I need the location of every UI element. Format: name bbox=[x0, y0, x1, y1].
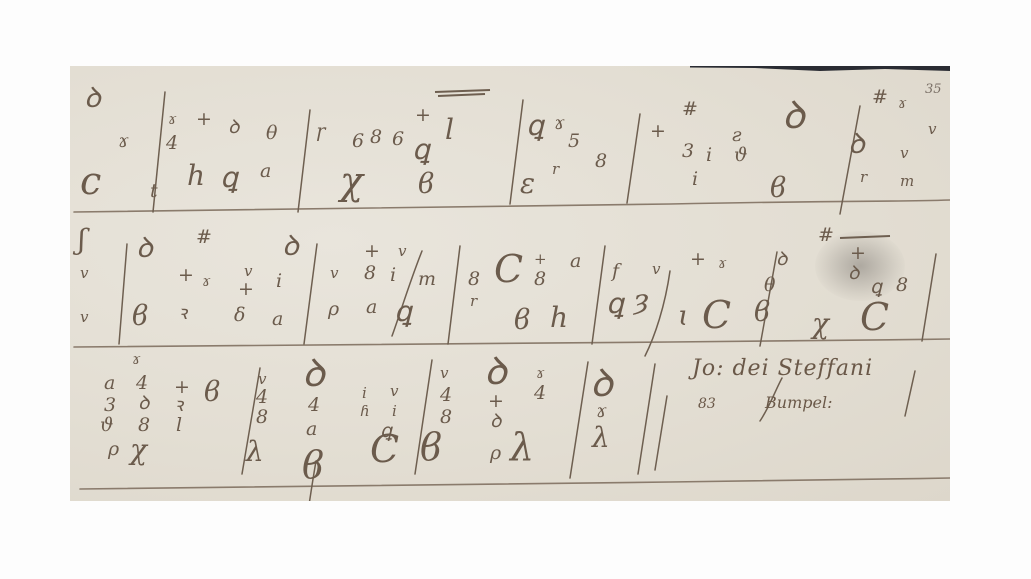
tab-glyph: ꝗ bbox=[606, 290, 624, 318]
tab-glyph: θ bbox=[764, 276, 775, 295]
tab-glyph: + bbox=[238, 280, 254, 299]
tab-glyph: ƨ bbox=[732, 126, 742, 145]
tab-glyph: C bbox=[494, 250, 523, 288]
tab-glyph: ʃ bbox=[78, 226, 86, 254]
tab-glyph: t bbox=[150, 182, 158, 201]
tab-glyph: ϐ bbox=[514, 306, 530, 334]
tab-glyph: 4 bbox=[308, 396, 320, 415]
tab-glyph: 8 bbox=[595, 152, 607, 171]
annotation-title: Bumpel: bbox=[765, 393, 832, 412]
tab-glyph: 8 bbox=[896, 276, 908, 295]
tab-glyph: v bbox=[330, 266, 338, 281]
tab-glyph: ϐ bbox=[132, 302, 148, 330]
tab-glyph: m bbox=[418, 270, 436, 289]
tab-glyph: + bbox=[488, 392, 504, 411]
tab-glyph: r bbox=[860, 170, 867, 185]
tab-glyph: v bbox=[80, 310, 88, 325]
tab-glyph: ꝗ bbox=[412, 136, 430, 164]
tab-glyph: ꝛ bbox=[174, 396, 183, 415]
tab-glyph: ꝺ bbox=[590, 364, 613, 402]
tab-glyph: l bbox=[176, 416, 182, 435]
tab-glyph: ꝗ bbox=[526, 112, 544, 140]
tab-glyph: ꝺ bbox=[848, 264, 859, 283]
tab-glyph: ɤ bbox=[132, 352, 140, 367]
tab-glyph: ϑ bbox=[734, 146, 748, 165]
tab-glyph: 8 bbox=[256, 408, 268, 427]
tab-glyph: h bbox=[550, 304, 568, 332]
tab-glyph: ꝺ bbox=[490, 412, 501, 431]
tab-glyph: ꝛ bbox=[178, 304, 187, 323]
tab-glyph: v bbox=[244, 264, 252, 279]
tab-glyph: a bbox=[272, 310, 283, 329]
tab-glyph: ɤ bbox=[554, 114, 565, 133]
tab-glyph: i bbox=[392, 404, 397, 419]
tab-glyph: a bbox=[306, 420, 317, 439]
tab-glyph: 5 bbox=[568, 132, 580, 151]
tab-glyph: λ bbox=[246, 438, 264, 466]
tab-glyph: 6 bbox=[352, 132, 364, 151]
tab-glyph: v bbox=[258, 372, 266, 387]
tab-glyph: ϑ bbox=[100, 416, 114, 435]
tab-glyph: δ bbox=[234, 306, 245, 325]
tab-glyph: ꝗ bbox=[394, 298, 412, 326]
tab-glyph: ꝺ bbox=[136, 234, 153, 262]
tab-glyph: ɤ bbox=[118, 132, 129, 151]
tab-glyph: 6 bbox=[392, 130, 404, 149]
tab-glyph: 3 bbox=[682, 142, 694, 161]
tab-glyph: 4 bbox=[440, 386, 452, 405]
tab-glyph: ꝺ bbox=[228, 118, 239, 137]
tab-glyph: ϐ bbox=[302, 446, 324, 484]
tab-glyph: v bbox=[928, 122, 936, 137]
tab-glyph: ϐ bbox=[204, 378, 220, 406]
tab-glyph: v bbox=[390, 384, 398, 399]
page-number: 35 bbox=[925, 82, 942, 97]
tab-glyph: + bbox=[196, 110, 212, 129]
tab-glyph: h bbox=[187, 162, 205, 190]
tab-glyph: + bbox=[650, 122, 666, 141]
tab-glyph: ꝺ bbox=[484, 352, 507, 390]
tab-glyph: a bbox=[366, 298, 377, 317]
tab-glyph: 3 bbox=[104, 396, 116, 415]
tab-glyph: ɤ bbox=[202, 274, 210, 289]
tab-glyph: 4 bbox=[136, 374, 148, 393]
tab-glyph: χ bbox=[340, 162, 363, 200]
tab-glyph: i bbox=[692, 170, 698, 189]
tab-glyph: ϐ bbox=[770, 174, 786, 202]
tab-glyph: a bbox=[570, 252, 581, 271]
tab-glyph: ɤ bbox=[596, 402, 607, 421]
tab-glyph: 8 bbox=[370, 128, 382, 147]
tab-glyph: C bbox=[860, 298, 889, 336]
tab-glyph: ꝺ bbox=[848, 130, 865, 158]
tab-glyph: λ bbox=[510, 428, 534, 466]
composer-annotation: Jo: dei Steffani bbox=[692, 356, 873, 381]
tab-glyph: θ bbox=[266, 124, 277, 143]
tab-glyph: ɦ bbox=[360, 404, 370, 419]
tab-glyph: # bbox=[682, 100, 698, 119]
tab-glyph: ϐ bbox=[418, 170, 434, 198]
tab-glyph: C bbox=[702, 296, 731, 334]
tab-glyph: 8 bbox=[534, 270, 546, 289]
tab-glyph: 4 bbox=[534, 384, 546, 403]
tab-glyph: ꝗ bbox=[220, 164, 238, 192]
tab-glyph: 8 bbox=[468, 270, 480, 289]
tab-glyph: m bbox=[900, 174, 914, 189]
tab-glyph: # bbox=[872, 88, 888, 107]
tab-glyph: + bbox=[850, 244, 866, 263]
tab-glyph: f bbox=[612, 262, 619, 281]
tab-glyph: + bbox=[415, 106, 431, 125]
tab-glyph: C bbox=[370, 430, 399, 468]
tab-glyph: ɤ bbox=[718, 256, 726, 271]
tab-glyph: ꝺ bbox=[138, 394, 149, 413]
annotation-number: 83 bbox=[698, 396, 716, 412]
tab-glyph: v bbox=[652, 262, 660, 277]
tab-glyph: ɼ bbox=[316, 122, 325, 141]
tab-glyph: ɩ bbox=[678, 302, 689, 330]
tab-glyph: a bbox=[260, 162, 271, 181]
tab-glyph: a bbox=[104, 374, 115, 393]
tab-glyph: v bbox=[398, 244, 406, 259]
tab-glyph: ȝ bbox=[634, 286, 649, 314]
tab-glyph: ρ bbox=[108, 440, 119, 459]
tab-glyph: ꝺ bbox=[782, 96, 805, 134]
tab-glyph: v bbox=[900, 146, 908, 161]
tab-glyph: i bbox=[706, 146, 712, 165]
tab-glyph: ɤ bbox=[168, 112, 176, 127]
manuscript-page: 35 ꝺ ɤ c ɤ + ꝺ θ 4 h ꝗ a t ɼ 6 8 6 + ꝗ l… bbox=[70, 66, 950, 501]
tab-glyph: 4 bbox=[256, 388, 268, 407]
tab-glyph: 8 bbox=[364, 264, 376, 283]
tab-glyph: i bbox=[276, 272, 282, 291]
tab-glyph: ꝺ bbox=[776, 250, 787, 269]
tab-glyph: ꝺ bbox=[282, 232, 299, 260]
tab-glyph: + bbox=[364, 242, 380, 261]
tab-glyph: ρ bbox=[490, 444, 501, 463]
tab-glyph: v bbox=[80, 266, 88, 281]
tab-glyph: r bbox=[552, 162, 559, 177]
tab-glyph: λ bbox=[592, 424, 610, 452]
tab-glyph: i bbox=[362, 386, 367, 401]
tab-glyph: v bbox=[440, 366, 448, 381]
tab-glyph: χ bbox=[130, 436, 147, 464]
tab-glyph: + bbox=[534, 252, 547, 267]
tab-glyph: ɤ bbox=[898, 96, 906, 111]
tab-glyph: ꝺ bbox=[84, 84, 101, 112]
tab-glyph: χ bbox=[812, 310, 829, 338]
tab-glyph: ϐ bbox=[420, 428, 442, 466]
tab-glyph: r bbox=[470, 294, 477, 309]
tab-glyph: 4 bbox=[166, 134, 178, 153]
tab-glyph: # bbox=[196, 228, 212, 247]
tab-glyph: ɤ bbox=[536, 366, 544, 381]
tab-glyph: c bbox=[80, 162, 101, 200]
tab-glyph: # bbox=[818, 226, 834, 245]
tab-glyph: ꝺ bbox=[302, 354, 325, 392]
tab-glyph: + bbox=[178, 266, 194, 285]
tab-glyph: ρ bbox=[328, 300, 339, 319]
tab-glyph: l bbox=[445, 116, 454, 144]
tab-glyph: ɛ bbox=[520, 170, 535, 198]
tab-glyph: + bbox=[690, 250, 706, 269]
tab-glyph: ϐ bbox=[754, 298, 770, 326]
tab-glyph: i bbox=[390, 266, 396, 285]
